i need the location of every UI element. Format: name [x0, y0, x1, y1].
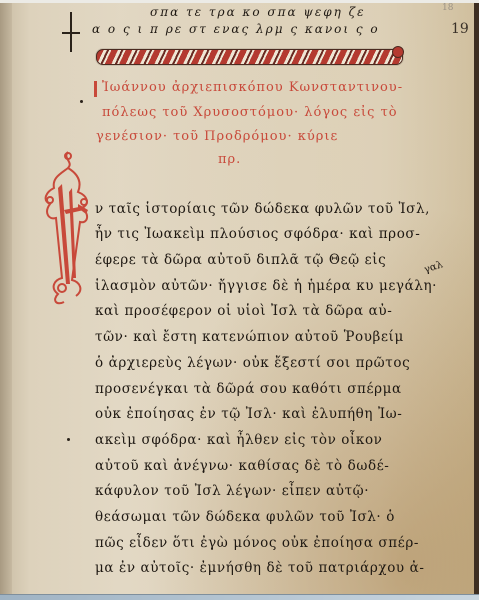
headpiece-terminal-ornament — [392, 46, 404, 58]
rubric-heading-line-1: Ἰωάννου ἀρχιεπισκόπου Κωνσταντινου- — [102, 80, 403, 95]
rubric-heading-line-2: πόλεως τοῦ Χρυσοστόμου· λόγος εἰς τὸ — [102, 105, 398, 120]
text-line-11: αὐτοῦ καὶ ἀνέγνω· καθίσας δὲ τὸ δωδέ- — [95, 458, 389, 474]
faint-folio-number: 18 — [442, 3, 453, 13]
text-line-2: ἦν τις Ἰωακεὶμ πλούσιος σφόδρα· καὶ προσ… — [95, 226, 420, 242]
top-note-line-2: α ο ς ι π ρε στ ενας λρμ ς κανοι ς ο — [92, 22, 380, 36]
text-line-7: ὁ ἀρχιερεὺς λέγων· οὐκ ἔξεστί σοι πρῶτος — [95, 355, 410, 371]
text-line-9: οὐκ ἐποίησας ἐν τῷ Ἰσλ· καὶ ἐλυπήθη Ἰω- — [95, 406, 402, 422]
text-line-10: ακεὶμ σφόδρα· καὶ ἦλθεν εἰς τὸν οἶκον — [95, 432, 383, 448]
text-line-3: έφερε τὰ δῶρα αὐτοῦ διπλᾶ τῷ Θεῷ εἰς — [95, 252, 386, 268]
text-line-8: προσενέγκαι τὰ δῶρά σου καθότι σπέρμα — [95, 381, 402, 397]
decorated-initial-epsilon-icon — [38, 148, 98, 308]
rubric-initial-marker — [94, 81, 97, 97]
text-line-1: ν ταῖς ἱστορίαις τῶν δώδεκα φυλῶν τοῦ Ἰσ… — [95, 201, 430, 217]
rubric-heading-line-3: γενέσιον· τοῦ Προδρόμου· κύριε — [96, 129, 338, 144]
interlinear-gloss: γαλ — [423, 259, 445, 275]
binding-gutter — [0, 0, 12, 594]
bottom-border — [0, 594, 479, 600]
text-line-6: τῶν· καὶ ἔστη κατενώπιον αὐτοῦ Ῥουβείμ — [95, 329, 404, 345]
text-line-14: πῶς εἶδεν ὅτι ἐγὼ μόνος οὐκ ἐποίησα σπέρ… — [95, 535, 419, 551]
text-line-5: καὶ προσέφερον οἱ υἱοὶ Ἰσλ τὰ δῶρα αὐ- — [95, 303, 392, 319]
cross-mark-icon — [62, 12, 80, 52]
decorative-headpiece-band — [96, 49, 403, 65]
margin-dot — [80, 100, 83, 103]
top-border — [0, 0, 479, 3]
folio-number: 19 — [451, 21, 469, 37]
text-line-15: μα ἐν αὐτοῖς· ἐμνήσθη δὲ τοῦ πατριάρχου … — [95, 560, 425, 576]
page-edge-shadow — [474, 0, 479, 594]
margin-dot — [67, 438, 70, 441]
text-line-12: κάφυλον τοῦ Ἰσλ λέγων· εἶπεν αὐτῷ· — [95, 483, 369, 499]
top-note-line-1: σπα τε τρα κο σπα ψεφη ζε — [150, 5, 366, 19]
text-line-13: θεάσωμαι τῶν δώδεκα φυλῶν τοῦ Ἰσλ· ὁ — [95, 509, 395, 525]
manuscript-page: σπα τε τρα κο σπα ψεφη ζε α ο ς ι π ρε σ… — [0, 0, 474, 594]
text-line-4: ἱλασμὸν αὐτῶν· ἤγγισε δὲ ἡ ἡμέρα κυ μεγά… — [95, 278, 437, 294]
rubric-heading-line-4: πρ. — [218, 152, 241, 167]
